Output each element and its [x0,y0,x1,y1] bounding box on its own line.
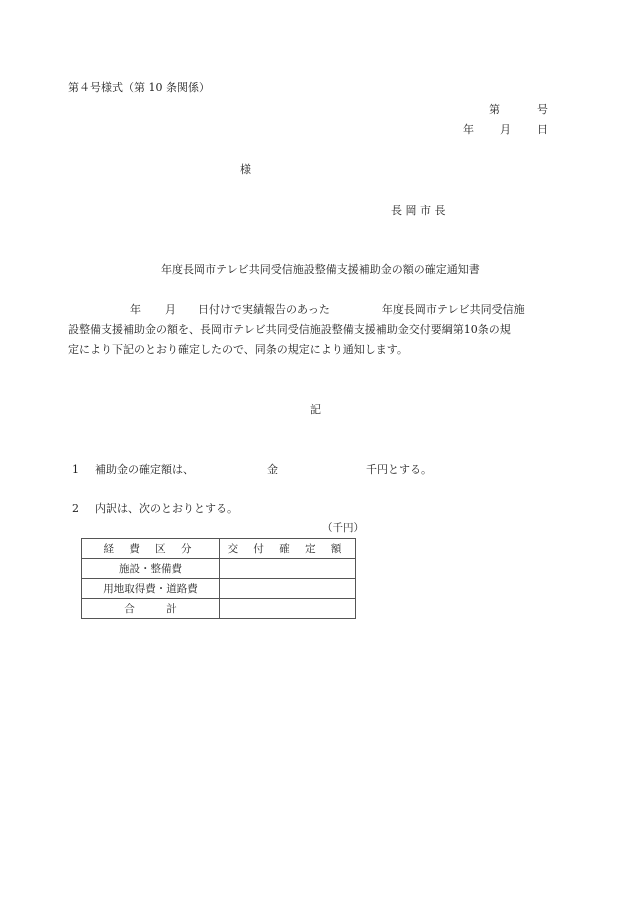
item-1-kin: 金 [267,464,278,475]
table-row-total: 合 計 [82,599,356,619]
item-2-text: 内訳は、次のとおりとする。 [95,503,238,514]
body-line-3: 定により下記のとおり確定したので、同条の規定により通知します。 [68,340,558,360]
row-amount [220,579,356,599]
row-category: 施設・整備費 [82,559,220,579]
ki-heading: 記 [310,404,321,415]
table-header-row: 経 費 区 分 交 付 確 定 額 [82,539,356,559]
body-text-2: 年度長岡市テレビ共同受信施 [382,303,525,316]
date-month: 月 [500,124,511,135]
item-1-number: 1 [72,464,79,475]
item-1-unit: 千円とする。 [366,464,432,475]
form-label: 第４号様式（第 10 条関係） [68,82,210,93]
body-month: 月 [165,303,176,316]
row-category-total: 合 計 [82,599,220,619]
body-line-2: 設整備支援補助金の額を、長岡市テレビ共同受信施設整備支援補助金交付要綱第10条の… [68,320,558,340]
reference-prefix: 第 [489,104,500,115]
body-text-1: 日付けで実績報告のあった [198,303,330,316]
table-row: 用地取得費・道路費 [82,579,356,599]
header-category: 経 費 区 分 [82,539,220,559]
header-amount: 交 付 確 定 額 [220,539,356,559]
row-amount [220,559,356,579]
table-unit-label: （千円） [322,523,364,534]
addressee-suffix: 様 [240,164,251,175]
document-title: 年度長岡市テレビ共同受信施設整備支援補助金の額の確定通知書 [161,264,480,275]
body-year: 年 [130,303,141,316]
item-2-number: 2 [72,503,79,514]
reference-suffix: 号 [537,104,548,115]
item-1-text: 補助金の確定額は、 [95,464,194,475]
row-category: 用地取得費・道路費 [82,579,220,599]
date-day: 日 [537,124,548,135]
table-row: 施設・整備費 [82,559,356,579]
row-amount-total [220,599,356,619]
date-year: 年 [463,124,474,135]
sender-name: 長 岡 市 長 [391,205,446,216]
body-line-1: 年月日付けで実績報告のあった年度長岡市テレビ共同受信施 [68,300,558,320]
body-paragraph: 年月日付けで実績報告のあった年度長岡市テレビ共同受信施 設整備支援補助金の額を、… [68,300,558,360]
breakdown-table: 経 費 区 分 交 付 確 定 額 施設・整備費 用地取得費・道路費 合 計 [81,538,356,619]
